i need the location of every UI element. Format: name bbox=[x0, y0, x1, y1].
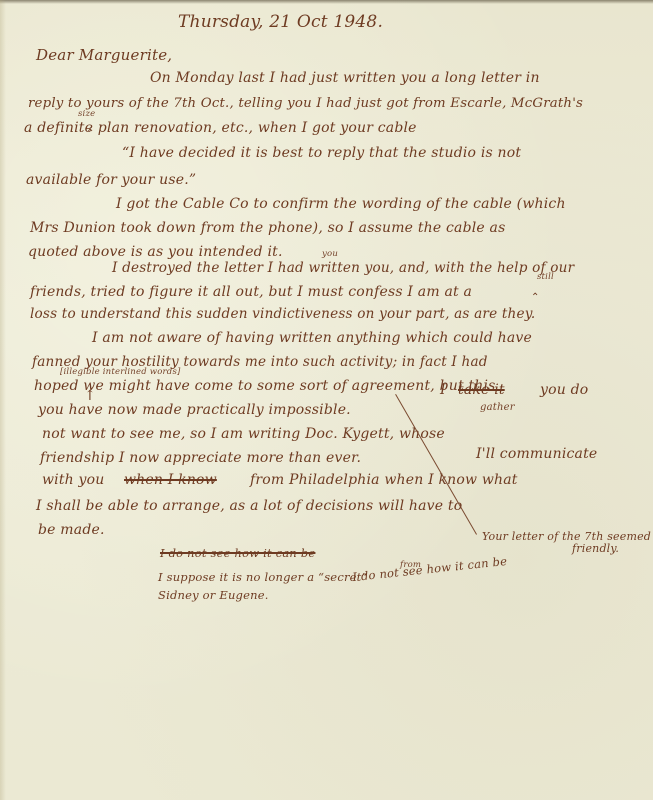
p4-line4: you have now made practically impossible… bbox=[38, 402, 351, 418]
p4-line3: hoped we might have come to some sort of… bbox=[34, 378, 496, 394]
margin-note-line1: Your letter of the 7th seemed bbox=[482, 530, 651, 543]
p3-line1: I destroyed the letter I had written you… bbox=[112, 260, 574, 276]
p1-line1: On Monday last I had just written you a … bbox=[150, 70, 540, 86]
p4-line5: not want to see me, so I am writing Doc.… bbox=[42, 426, 445, 442]
p4-line7-post: from Philadelphia when I know what bbox=[250, 472, 518, 488]
p1-line3: a definite plan renovation, etc., when I… bbox=[24, 120, 417, 136]
ps-line2: Sidney or Eugene. bbox=[158, 588, 269, 602]
p2-line1: I got the Cable Co to confirm the wordin… bbox=[116, 196, 566, 212]
insertion-caret-icon: ⌃ bbox=[531, 292, 539, 303]
p4-line9: be made. bbox=[38, 522, 105, 538]
p2-line3: quoted above is as you intended it. bbox=[28, 244, 283, 260]
p3-line2: friends, tried to figure it all out, but… bbox=[30, 284, 472, 300]
page-left-edge-shadow bbox=[0, 0, 6, 800]
letter-salutation: Dear Marguerite, bbox=[36, 46, 172, 64]
p4-insert-gather: gather bbox=[480, 402, 515, 413]
p4-line4b-post: you do bbox=[540, 382, 588, 398]
letter-date: Thursday, 21 Oct 1948. bbox=[178, 12, 383, 32]
p2-line2: Mrs Dunion took down from the phone), so… bbox=[30, 220, 506, 236]
p3-insert-still: still bbox=[537, 272, 554, 282]
letter-page: Thursday, 21 Oct 1948. Dear Marguerite, … bbox=[0, 0, 653, 800]
p4-line7-pre: with you bbox=[42, 472, 105, 488]
p4-line6: friendship I now appreciate more than ev… bbox=[40, 450, 361, 466]
p4-interline-illegible: [illegible interlined words] bbox=[60, 367, 181, 377]
p4-line4b-pre: I bbox=[440, 382, 446, 398]
p4-struck-take-it: take it bbox=[458, 382, 505, 398]
p1-line2: reply to yours of the 7th Oct., telling … bbox=[28, 96, 583, 111]
p1-quote-line2: available for your use.” bbox=[26, 172, 196, 188]
p3-line3: loss to understand this sudden vindictiv… bbox=[30, 306, 535, 322]
p4-line1: I am not aware of having written anythin… bbox=[92, 330, 532, 346]
p4-line6b: I'll communicate bbox=[476, 446, 597, 462]
insertion-caret-icon: ⌃ bbox=[86, 128, 94, 139]
p4-line8: I shall be able to arrange, as a lot of … bbox=[36, 498, 462, 514]
p4-struck-when-i-know: when I know bbox=[124, 472, 217, 488]
ps-line1: I suppose it is no longer a “secret” bbox=[158, 570, 368, 584]
page-top-edge-shadow bbox=[0, 0, 653, 4]
p3-insert-you: you bbox=[322, 249, 338, 259]
margin-note-line2: friendly. bbox=[572, 542, 619, 555]
p1-quote-line1: “I have decided it is best to reply that… bbox=[122, 145, 521, 161]
ps-struck-line: I do not see how it can be bbox=[160, 546, 315, 560]
ps-line1b: I do not see how it can be bbox=[352, 554, 508, 584]
p1-insert-size: size bbox=[78, 109, 95, 119]
